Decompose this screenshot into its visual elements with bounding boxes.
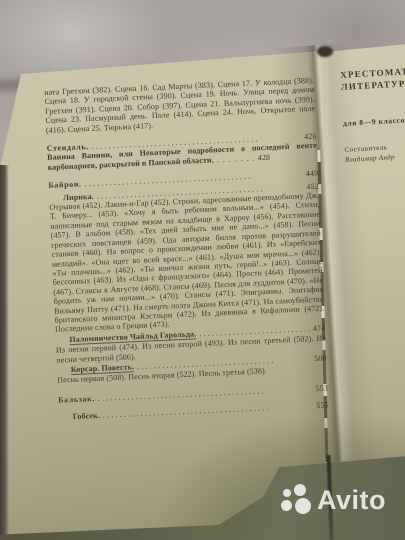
facing-page-title-block: ХРЕСТОМАТИЯ ЛИТЕРАТУРЕ для 8—9 классов С… — [340, 64, 405, 164]
facing-subtitle: для 8—9 классов — [343, 113, 405, 128]
avito-watermark-text: Avito — [317, 485, 386, 516]
page-block-edge — [0, 165, 9, 540]
toc-entry-label: Бальзак. — [58, 394, 95, 405]
toc-entry-page: 555 — [316, 401, 329, 411]
toc-entry-page: 553 — [315, 383, 328, 393]
toc-entry-page: 449 — [306, 169, 319, 179]
compiler-label: Составитель — [344, 140, 405, 154]
book-photo: ната Гретхен (382). Сцена 16. Сад Марты … — [0, 0, 405, 540]
spine-top-notch — [317, 46, 333, 57]
toc-lyrics-poem-list: Отрывок (452). Лакин-и-Гар (452). Строки… — [49, 191, 325, 335]
avito-watermark: Avito — [281, 484, 386, 516]
dot-leader: . . . . . . . — [214, 153, 256, 164]
toc-entry-page: 508 — [314, 353, 327, 363]
toc-entry-label: Байрон. — [48, 180, 82, 191]
table-of-contents: ната Гретхен (382). Сцена 16. Сад Марты … — [44, 76, 329, 422]
toc-entry-label: Гобсек. — [73, 411, 100, 422]
avito-logo-icon — [281, 484, 313, 516]
dot-leader: . . . . . . . . . . . . . . . . . . . . … — [98, 384, 313, 403]
toc-entry-page: 428 — [258, 153, 271, 163]
toc-entry-page: 474 — [313, 323, 326, 333]
